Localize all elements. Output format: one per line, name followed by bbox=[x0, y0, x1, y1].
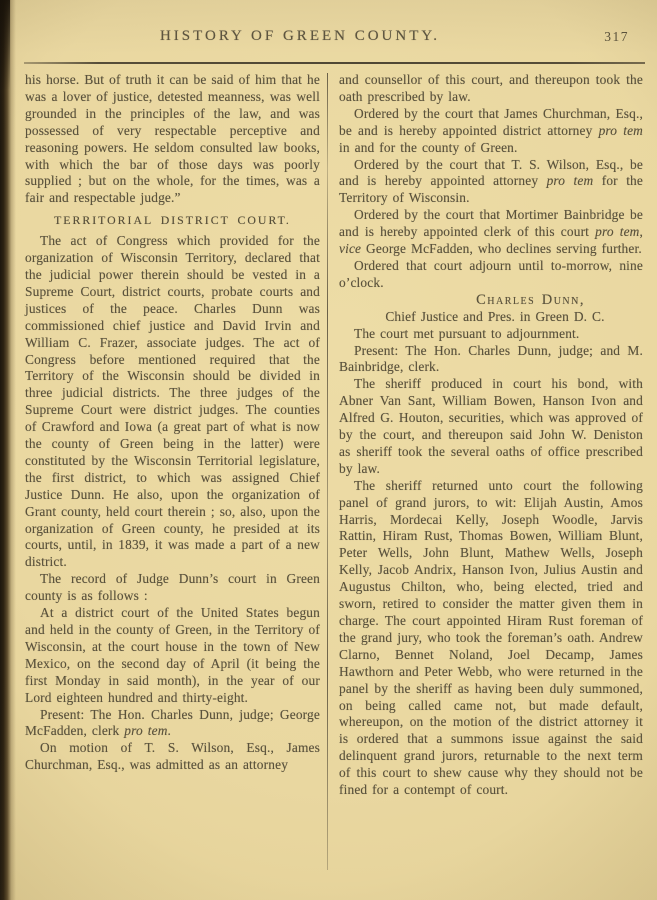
paragraph: On motion of T. S. Wilson, Esq., James C… bbox=[25, 740, 320, 774]
book-binding-shadow bbox=[0, 0, 16, 900]
paragraph: The court met pursuant to adjournment. bbox=[339, 326, 643, 343]
paragraph: The sheriff produced in court his bond, … bbox=[339, 376, 643, 477]
paragraph: Ordered by the court that Mortimer Bainb… bbox=[339, 207, 643, 258]
paragraph: his horse. But of truth it can be said o… bbox=[25, 72, 320, 207]
running-title: HISTORY OF GREEN COUNTY. bbox=[70, 28, 530, 45]
paragraph: The sheriff returned unto court the foll… bbox=[339, 478, 643, 799]
section-heading: TERRITORIAL DISTRICT COURT. bbox=[25, 212, 320, 229]
paragraph: At a district court of the United States… bbox=[25, 605, 320, 706]
page-header: HISTORY OF GREEN COUNTY. 317 bbox=[0, 28, 657, 52]
paragraph: Ordered by the court that James Churchma… bbox=[339, 106, 643, 157]
column-divider bbox=[327, 73, 328, 870]
paragraph: Ordered that court adjourn until to-morr… bbox=[339, 258, 643, 292]
paragraph: Present: The Hon. Charles Dunn, judge; G… bbox=[25, 707, 320, 741]
book-page: HISTORY OF GREEN COUNTY. 317 his horse. … bbox=[0, 0, 657, 900]
paragraph: The act of Congress which provided for t… bbox=[25, 233, 320, 571]
paragraph: and counsellor of this court, and thereu… bbox=[339, 72, 643, 106]
paragraph: Present: The Hon. Charles Dunn, judge; a… bbox=[339, 343, 643, 377]
page-number: 317 bbox=[604, 29, 629, 45]
right-column: and counsellor of this court, and thereu… bbox=[339, 72, 643, 799]
paragraph: The record of Judge Dunn’s court in Gree… bbox=[25, 571, 320, 605]
header-rule bbox=[24, 62, 645, 64]
left-column: his horse. But of truth it can be said o… bbox=[25, 72, 320, 774]
signature-title: Chief Justice and Pres. in Green D. C. bbox=[339, 309, 643, 326]
paragraph: Ordered by the court that T. S. Wilson, … bbox=[339, 157, 643, 208]
signature-name: Charles Dunn, bbox=[339, 292, 643, 309]
